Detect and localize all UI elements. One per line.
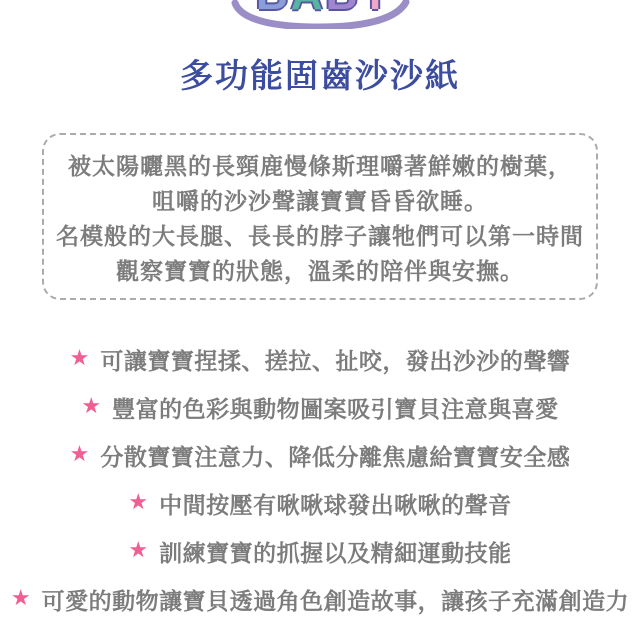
star-icon: ★ bbox=[128, 539, 148, 561]
feature-item-6: ★ 可愛的動物讓寶貝透過角色創造故事，讓孩子充滿創造力 bbox=[0, 585, 640, 613]
description-line-2: 咀嚼的沙沙聲讓寶寶昏昏欲睡。 bbox=[44, 184, 596, 219]
feature-item-1: ★ 可讓寶寶捏揉、搓拉、扯咬，發出沙沙的聲響 bbox=[0, 345, 640, 373]
description-line-1: 被太陽曬黑的長頸鹿慢條斯理嚼著鮮嫩的樹葉， bbox=[44, 149, 596, 184]
feature-label-1: 可讓寶寶捏揉、搓拉、扯咬，發出沙沙的聲響 bbox=[100, 343, 570, 376]
feature-label-5: 訓練寶寶的抓握以及精細運動技能 bbox=[159, 535, 512, 568]
feature-item-3: ★ 分散寶寶注意力、降低分離焦慮給寶寶安全感 bbox=[0, 441, 640, 469]
logo-letter-b2: B bbox=[326, 0, 361, 19]
logo-letter-y: Y bbox=[360, 0, 392, 19]
description-box: 被太陽曬黑的長頸鹿慢條斯理嚼著鮮嫩的樹葉， 咀嚼的沙沙聲讓寶寶昏昏欲睡。 名模般… bbox=[42, 133, 598, 300]
feature-item-5: ★ 訓練寶寶的抓握以及精細運動技能 bbox=[0, 537, 640, 565]
feature-label-6: 可愛的動物讓寶貝透過角色創造故事，讓孩子充滿創造力 bbox=[42, 583, 630, 616]
baby-logo: BABY bbox=[230, 0, 410, 29]
feature-label-4: 中間按壓有啾啾球發出啾啾的聲音 bbox=[159, 487, 512, 520]
description-line-4: 觀察寶寶的狀態，溫柔的陪伴與安撫。 bbox=[44, 254, 596, 289]
star-icon: ★ bbox=[11, 587, 31, 609]
logo-letters: BABY bbox=[256, 0, 393, 20]
star-icon: ★ bbox=[128, 491, 148, 513]
logo-letter-a: A bbox=[291, 0, 326, 19]
feature-label-2: 豐富的色彩與動物圖案吸引寶貝注意與喜愛 bbox=[112, 391, 559, 424]
feature-item-2: ★ 豐富的色彩與動物圖案吸引寶貝注意與喜愛 bbox=[0, 393, 640, 421]
star-icon: ★ bbox=[70, 347, 90, 369]
features-list: ★ 可讓寶寶捏揉、搓拉、扯咬，發出沙沙的聲響 ★ 豐富的色彩與動物圖案吸引寶貝注… bbox=[0, 345, 640, 633]
star-icon: ★ bbox=[70, 443, 90, 465]
feature-label-3: 分散寶寶注意力、降低分離焦慮給寶寶安全感 bbox=[100, 439, 570, 472]
product-description-page: BABY 多功能固齒沙沙紙 被太陽曬黑的長頸鹿慢條斯理嚼著鮮嫩的樹葉， 咀嚼的沙… bbox=[0, 0, 640, 640]
feature-item-4: ★ 中間按壓有啾啾球發出啾啾的聲音 bbox=[0, 489, 640, 517]
star-icon: ★ bbox=[81, 395, 101, 417]
page-title: 多功能固齒沙沙紙 bbox=[0, 50, 640, 97]
logo-letter-b1: B bbox=[256, 0, 291, 19]
description-line-3: 名模般的大長腿、長長的脖子讓牠們可以第一時間 bbox=[44, 219, 596, 254]
